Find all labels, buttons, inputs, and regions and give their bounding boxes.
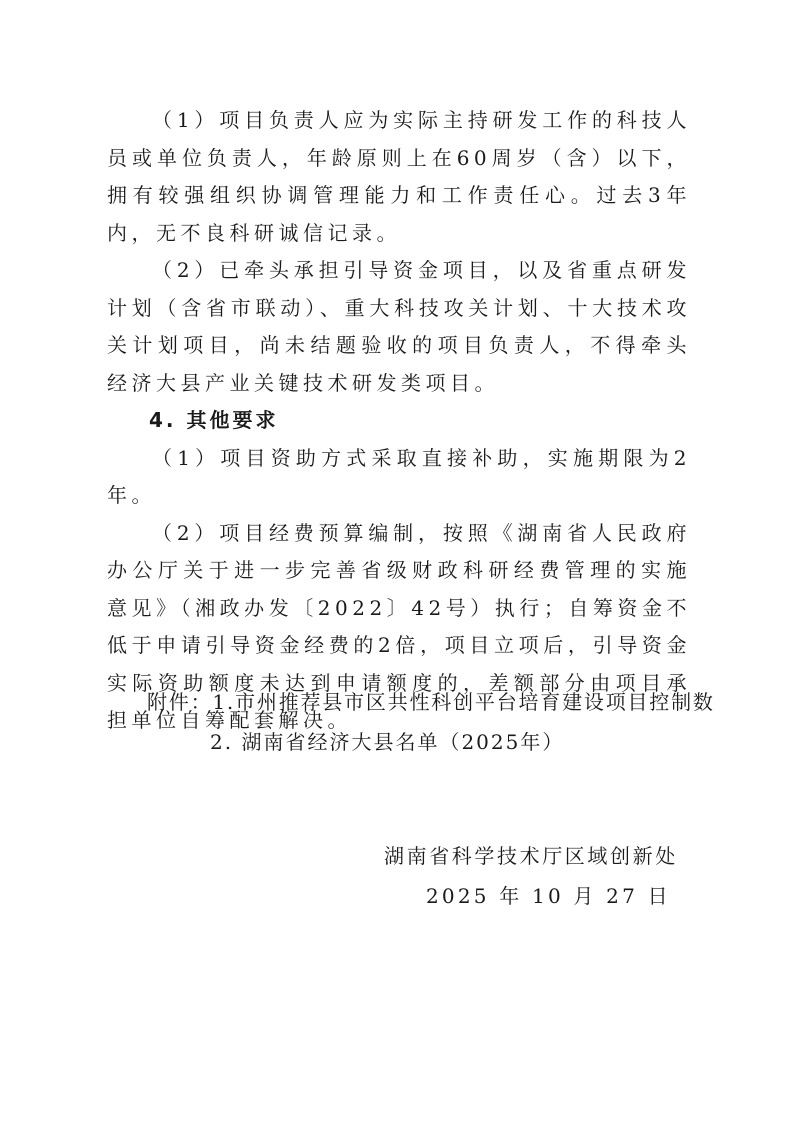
paragraph-project-leader-restrictions: （2）已牵头承担引导资金项目，以及省重点研发计划（含省市联动）、重大科技攻关计划… — [107, 252, 691, 402]
signature-block: 湖南省科学技术厅区域创新处 2025 年 10 月 27 日 — [384, 836, 678, 916]
paragraph-funding-method: （1）项目资助方式采取直接补助，实施期限为2年。 — [107, 440, 691, 515]
paragraph-project-leader-requirements: （1）项目负责人应为实际主持研发工作的科技人员或单位负责人，年龄原则上在60周岁… — [107, 102, 691, 252]
attachments-block: 附件：1.市州推荐县市区共性科创平台培育建设项目控制数 2. 湖南省经济大县名单… — [147, 682, 707, 762]
attachment-item-2: 2. 湖南省经济大县名单（2025年） — [210, 730, 564, 754]
document-body: （1）项目负责人应为实际主持研发工作的科技人员或单位负责人，年龄原则上在60周岁… — [107, 102, 691, 740]
attachment-item-1: 1.市州推荐县市区共性科创平台培育建设项目控制数 — [212, 690, 714, 714]
attachments-label: 附件： — [147, 690, 212, 714]
section-heading-other-requirements: 4. 其他要求 — [107, 402, 691, 440]
attachment-row-1: 附件：1.市州推荐县市区共性科创平台培育建设项目控制数 — [147, 682, 707, 722]
attachment-row-2: 2. 湖南省经济大县名单（2025年） — [147, 722, 707, 762]
issue-date: 2025 年 10 月 27 日 — [384, 876, 678, 916]
issuing-organization: 湖南省科学技术厅区域创新处 — [384, 836, 678, 876]
